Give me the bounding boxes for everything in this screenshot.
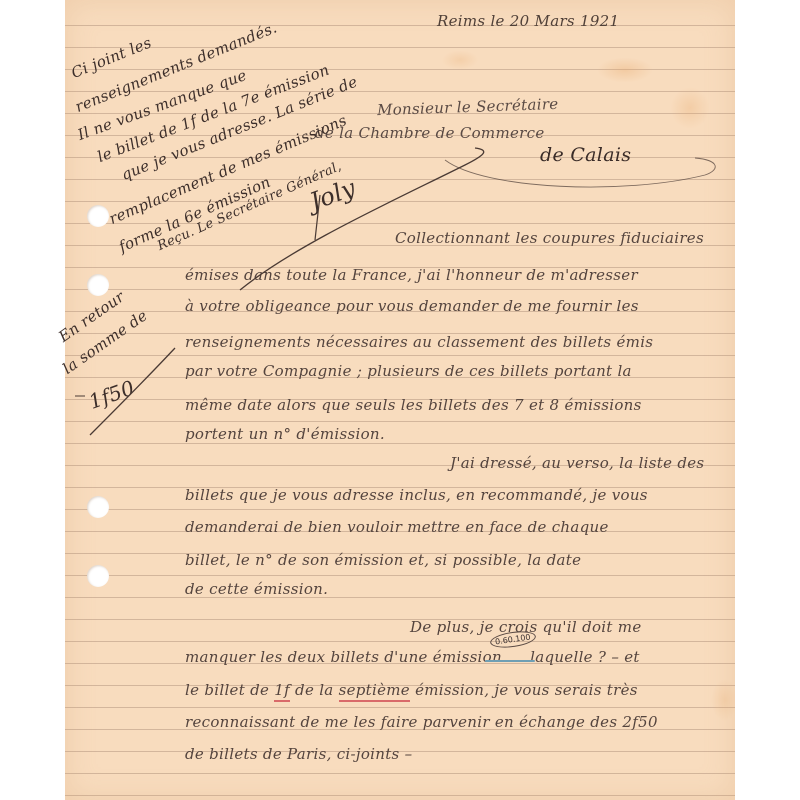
body-line: même date alors que seuls les billets de… xyxy=(185,398,642,413)
body-text: manquer les deux billets d'une émission xyxy=(185,648,502,666)
body-line: Collectionnant les coupures fiduciaires xyxy=(395,231,704,246)
punch-hole xyxy=(87,565,109,587)
body-line: reconnaissant de me les faire parvenir e… xyxy=(185,715,658,730)
punch-hole xyxy=(87,274,109,296)
body-line: manquer les deux billets d'une émission … xyxy=(185,650,640,665)
blue-pencil-mark xyxy=(485,660,535,662)
recipient-line-1: Monsieur le Secrétaire xyxy=(377,97,559,118)
punch-hole xyxy=(87,496,109,518)
body-text: le billet de xyxy=(185,681,274,699)
body-line: renseignements nécessaires au classement… xyxy=(185,335,653,350)
body-line: émises dans toute la France, j'ai l'honn… xyxy=(185,268,638,283)
body-line: par votre Compagnie ; plusieurs de ces b… xyxy=(185,364,632,379)
body-text: laquelle ? – et xyxy=(530,648,640,666)
body-line: demanderai de bien vouloir mettre en fac… xyxy=(185,520,609,535)
red-underlined-amount: 1f xyxy=(274,681,290,702)
body-line: de billets de Paris, ci-joints – xyxy=(185,747,412,762)
punch-hole xyxy=(87,205,109,227)
recipient-line-2: de la Chambre de Commerce xyxy=(315,126,545,141)
body-line: portent un n° d'émission. xyxy=(185,427,385,442)
ruled-paper-sheet: Reims le 20 Mars 1921 Monsieur le Secrét… xyxy=(65,0,735,800)
date-line: Reims le 20 Mars 1921 xyxy=(437,14,619,29)
red-underlined-ordinal: septième xyxy=(339,681,410,702)
body-line: le billet de 1f de la septième émission,… xyxy=(185,683,638,698)
body-text: émission, je vous serais très xyxy=(415,681,638,699)
recipient-line-3: de Calais xyxy=(540,146,631,165)
body-line: billet, le n° de son émission et, si pos… xyxy=(185,553,581,568)
body-line: J'ai dressé, au verso, la liste des xyxy=(450,456,704,471)
body-line: billets que je vous adresse inclus, en r… xyxy=(185,488,648,503)
margin-note-line: 1f50 xyxy=(86,377,137,412)
body-text: de la xyxy=(295,681,339,699)
body-line: de cette émission. xyxy=(185,582,328,597)
body-line: à votre obligeance pour vous demander de… xyxy=(185,299,639,314)
scanned-letter-canvas: Reims le 20 Mars 1921 Monsieur le Secrét… xyxy=(0,0,800,800)
